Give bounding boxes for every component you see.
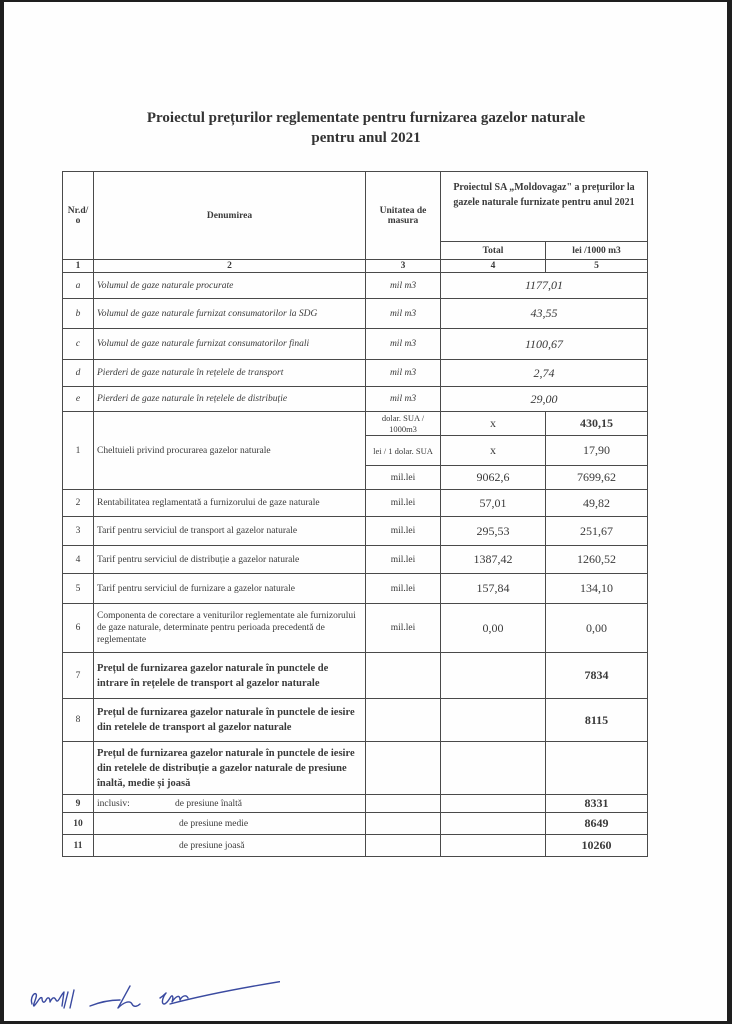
row-per1000: 1260,52 xyxy=(546,546,648,574)
row-value: 1177,01 xyxy=(441,273,648,299)
row-total: 9062,6 xyxy=(441,466,546,490)
header-nr: Nr.d/ o xyxy=(63,172,94,260)
row-nr: 7 xyxy=(63,653,94,699)
row-total: 0,00 xyxy=(441,604,546,653)
row-per1000 xyxy=(546,742,648,795)
colnum-1: 1 xyxy=(63,260,94,273)
row-value: 43,55 xyxy=(441,299,648,329)
table-row: b Volumul de gaze naturale furnizat cons… xyxy=(63,299,648,329)
table-row: c Volumul de gaze naturale furnizat cons… xyxy=(63,329,648,360)
row-name: Componenta de corectare a veniturilor re… xyxy=(94,604,366,653)
table-row: 11 de presiune joasă 10260 xyxy=(63,835,648,857)
row-nr: 6 xyxy=(63,604,94,653)
row-unit: mil m3 xyxy=(366,329,441,360)
row-name: Cheltuieli privind procurarea gazelor na… xyxy=(94,412,366,490)
row-per1000: 8115 xyxy=(546,699,648,742)
row-value: 2,74 xyxy=(441,360,648,387)
row-unit xyxy=(366,699,441,742)
row-name: Volumul de gaze naturale furnizat consum… xyxy=(94,329,366,360)
table-row: Prețul de furnizarea gazelor naturale în… xyxy=(63,742,648,795)
document-title: Proiectul prețurilor reglementate pentru… xyxy=(0,108,732,148)
row-total: 57,01 xyxy=(441,490,546,517)
colnum-5: 5 xyxy=(546,260,648,273)
table-row: e Pierderi de gaze naturale în rețelele … xyxy=(63,387,648,412)
row-unit: mil.lei xyxy=(366,466,441,490)
row-per1000: 7834 xyxy=(546,653,648,699)
row-per1000: 134,10 xyxy=(546,574,648,604)
row-unit xyxy=(366,835,441,857)
row-total: x xyxy=(441,436,546,466)
table-row: 5 Tarif pentru serviciul de furnizare a … xyxy=(63,574,648,604)
colnum-3: 3 xyxy=(366,260,441,273)
row-per1000: 8331 xyxy=(546,795,648,813)
row-per1000: 17,90 xyxy=(546,436,648,466)
row-unit: lei / 1 dolar. SUA xyxy=(366,436,441,466)
row-total xyxy=(441,835,546,857)
row-name: Tarif pentru serviciul de transport al g… xyxy=(94,517,366,546)
row-unit: mil m3 xyxy=(366,273,441,299)
table-row: 1 Cheltuieli privind procurarea gazelor … xyxy=(63,412,648,436)
header-total: Total xyxy=(441,242,546,260)
colnum-2: 2 xyxy=(94,260,366,273)
row-unit: mil.lei xyxy=(366,546,441,574)
row-unit: mil.lei xyxy=(366,490,441,517)
row-unit: mil m3 xyxy=(366,299,441,329)
header-name: Denumirea xyxy=(94,172,366,260)
row-per1000: 430,15 xyxy=(546,412,648,436)
row-nr: 8 xyxy=(63,699,94,742)
row-total xyxy=(441,699,546,742)
row-per1000: 251,67 xyxy=(546,517,648,546)
title-line-1: Proiectul prețurilor reglementate pentru… xyxy=(0,108,732,128)
row-value: 1100,67 xyxy=(441,329,648,360)
row-nr: 11 xyxy=(63,835,94,857)
row-total: 295,53 xyxy=(441,517,546,546)
row-nr xyxy=(63,742,94,795)
row-nr: e xyxy=(63,387,94,412)
row-total xyxy=(441,653,546,699)
price-table: Nr.d/ o Denumirea Unitatea de masura Pro… xyxy=(62,171,648,857)
row-total xyxy=(441,795,546,813)
header-per1000: lei /1000 m3 xyxy=(546,242,648,260)
row-nr: b xyxy=(63,299,94,329)
row-nr: 10 xyxy=(63,813,94,835)
header-unit: Unitatea de masura xyxy=(366,172,441,260)
row-name: inclusiv:de presiune înaltă xyxy=(94,795,366,813)
table-row: 6 Componenta de corectare a veniturilor … xyxy=(63,604,648,653)
column-number-row: 1 2 3 4 5 xyxy=(63,260,648,273)
table-row: 10 de presiune medie 8649 xyxy=(63,813,648,835)
table-row: d Pierderi de gaze naturale în rețelele … xyxy=(63,360,648,387)
row-nr: 3 xyxy=(63,517,94,546)
row-total xyxy=(441,742,546,795)
row-name: Tarif pentru serviciul de furnizare a ga… xyxy=(94,574,366,604)
row-per1000: 8649 xyxy=(546,813,648,835)
row-name: Volumul de gaze naturale furnizat consum… xyxy=(94,299,366,329)
row-name: de presiune medie xyxy=(94,813,366,835)
row-unit: mil m3 xyxy=(366,360,441,387)
row-name: de presiune joasă xyxy=(94,835,366,857)
row-value: 29,00 xyxy=(441,387,648,412)
signature-icon xyxy=(20,968,280,1023)
row-per1000: 10260 xyxy=(546,835,648,857)
header-project: Proiectul SA „Moldovagaz" a prețurilor l… xyxy=(441,172,648,242)
row-total: x xyxy=(441,412,546,436)
table-row: 8 Prețul de furnizarea gazelor naturale … xyxy=(63,699,648,742)
row-unit xyxy=(366,742,441,795)
title-line-2: pentru anul 2021 xyxy=(0,128,732,148)
row-nr: 9 xyxy=(63,795,94,813)
colnum-4: 4 xyxy=(441,260,546,273)
row-unit xyxy=(366,813,441,835)
inclusiv-label: inclusiv: xyxy=(97,799,175,809)
distribution-header: Prețul de furnizarea gazelor naturale în… xyxy=(94,742,366,795)
row-unit xyxy=(366,795,441,813)
row-name: Tarif pentru serviciul de distribuție a … xyxy=(94,546,366,574)
table-row: 7 Prețul de furnizarea gazelor naturale … xyxy=(63,653,648,699)
row-total: 157,84 xyxy=(441,574,546,604)
row-per1000: 7699,62 xyxy=(546,466,648,490)
row-unit: mil.lei xyxy=(366,517,441,546)
row-unit xyxy=(366,653,441,699)
row-name: Volumul de gaze naturale procurate xyxy=(94,273,366,299)
row-name: Pierderi de gaze naturale în rețelele de… xyxy=(94,387,366,412)
row-nr: 2 xyxy=(63,490,94,517)
table-row: 4 Tarif pentru serviciul de distribuție … xyxy=(63,546,648,574)
row-nr: 4 xyxy=(63,546,94,574)
row-nr: 1 xyxy=(63,412,94,490)
row-total xyxy=(441,813,546,835)
pressure-label: de presiune înaltă xyxy=(175,799,242,809)
pressure-label: de presiune joasă xyxy=(179,841,244,851)
row-unit: mil m3 xyxy=(366,387,441,412)
row-name: Rentabilitatea reglamentată a furnizorul… xyxy=(94,490,366,517)
row-nr: 5 xyxy=(63,574,94,604)
row-total: 1387,42 xyxy=(441,546,546,574)
row-per1000: 49,82 xyxy=(546,490,648,517)
pressure-label: de presiune medie xyxy=(179,819,248,829)
row-unit: mil.lei xyxy=(366,574,441,604)
row-nr: d xyxy=(63,360,94,387)
row-name: Pierderi de gaze naturale în rețelele de… xyxy=(94,360,366,387)
row-unit: mil.lei xyxy=(366,604,441,653)
row-nr: a xyxy=(63,273,94,299)
table-row: 3 Tarif pentru serviciul de transport al… xyxy=(63,517,648,546)
row-name: Prețul de furnizarea gazelor naturale în… xyxy=(94,699,366,742)
row-nr: c xyxy=(63,329,94,360)
row-name: Prețul de furnizarea gazelor naturale în… xyxy=(94,653,366,699)
row-per1000: 0,00 xyxy=(546,604,648,653)
row-unit: dolar. SUA / 1000m3 xyxy=(366,412,441,436)
table-row: 9 inclusiv:de presiune înaltă 8331 xyxy=(63,795,648,813)
table-row: a Volumul de gaze naturale procurate mil… xyxy=(63,273,648,299)
table-row: 2 Rentabilitatea reglamentată a furnizor… xyxy=(63,490,648,517)
